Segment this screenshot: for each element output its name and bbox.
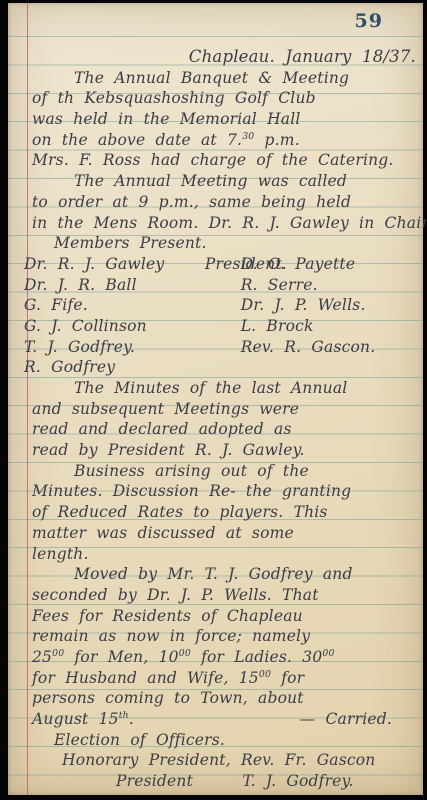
member-name-left: Dr. J. R. Ball [24, 275, 241, 296]
member-name-right: Rev. R. Gascon. [241, 337, 418, 358]
manuscript-line: Minutes. Discussion Re- the granting [32, 481, 418, 502]
member-name-left: Dr. R. J. Gawley President. [24, 254, 241, 275]
split-right-text: T. J. Godfrey. [242, 771, 353, 792]
split-left-text: August 15th. [32, 709, 134, 730]
manuscript-line: matter was discussed at some [32, 523, 418, 544]
member-name-left: G. Fife. [24, 295, 241, 316]
manuscript-line: read by President R. J. Gawley. [32, 440, 418, 461]
manuscript-body: Chapleau. January 18/37.The Annual Banqu… [22, 47, 418, 792]
members-row: G. Fife.Dr. J. P. Wells. [24, 295, 418, 316]
manuscript-line: on the above date at 7.30 p.m. [32, 130, 418, 151]
manuscript-line: remain as now in force; namely [32, 626, 418, 647]
photo-frame: 59 Chapleau. January 18/37.The Annual Ba… [0, 0, 427, 800]
manuscript-line: read and declared adopted as [32, 419, 418, 440]
manuscript-line: length. [32, 544, 418, 565]
manuscript-line: Chapleau. January 18/37. [32, 47, 416, 68]
member-name-right [241, 357, 418, 378]
member-name-left: G. J. Collinson [24, 316, 241, 337]
member-name-right: L. Brock [241, 316, 418, 337]
member-name-right: R. Serre. [241, 275, 418, 296]
manuscript-line: 2500 for Men, 1000 for Ladies. 3000 [32, 647, 418, 668]
manuscript-line: seconded by Dr. J. P. Wells. That [32, 585, 418, 606]
members-row: T. J. Godfrey.Rev. R. Gascon. [24, 337, 418, 358]
manuscript-line: Fees for Residents of Chapleau [32, 606, 418, 627]
ledger-page: 59 Chapleau. January 18/37.The Annual Ba… [8, 3, 423, 795]
member-name-right: D. O. Payette [241, 254, 418, 275]
manuscript-split-line: August 15th.— Carried. [32, 709, 418, 730]
manuscript-line: The Minutes of the last Annual [74, 378, 418, 399]
member-name-left: R. Godfrey [24, 357, 241, 378]
manuscript-line: was held in the Memorial Hall [32, 109, 418, 130]
manuscript-line: Business arising out of the [74, 461, 418, 482]
manuscript-line: The Annual Meeting was called [74, 171, 418, 192]
manuscript-line: for Husband and Wife, 1500 for [32, 668, 418, 689]
manuscript-line: Election of Officers. [54, 730, 418, 751]
page-number: 59 [355, 10, 383, 32]
manuscript-line: in the Mens Room. Dr. R. J. Gawley in Ch… [32, 213, 418, 234]
manuscript-line: The Annual Banquet & Meeting [74, 68, 418, 89]
split-left-text: President [116, 771, 193, 792]
manuscript-line: of th Kebsquashoshing Golf Club [32, 88, 418, 109]
members-row: Dr. R. J. Gawley President.D. O. Payette [24, 254, 418, 275]
member-name-left: T. J. Godfrey. [24, 337, 241, 358]
manuscript-split-line: PresidentT. J. Godfrey. [116, 771, 354, 792]
manuscript-line: Mrs. F. Ross had charge of the Catering. [32, 150, 418, 171]
member-name-right: Dr. J. P. Wells. [241, 295, 418, 316]
manuscript-line: of Reduced Rates to players. This [32, 502, 418, 523]
manuscript-line: Members Present. [54, 233, 418, 254]
members-row: Dr. J. R. BallR. Serre. [24, 275, 418, 296]
manuscript-line: Honorary President, Rev. Fr. Gascon [62, 750, 418, 771]
members-row: R. Godfrey [24, 357, 418, 378]
manuscript-line: and subsequent Meetings were [32, 399, 418, 420]
manuscript-line: persons coming to Town, about [32, 688, 418, 709]
members-row: G. J. CollinsonL. Brock [24, 316, 418, 337]
manuscript-line: Moved by Mr. T. J. Godfrey and [74, 564, 418, 585]
split-right-text: — Carried. [300, 709, 392, 730]
manuscript-line: to order at 9 p.m., same being held [32, 192, 418, 213]
